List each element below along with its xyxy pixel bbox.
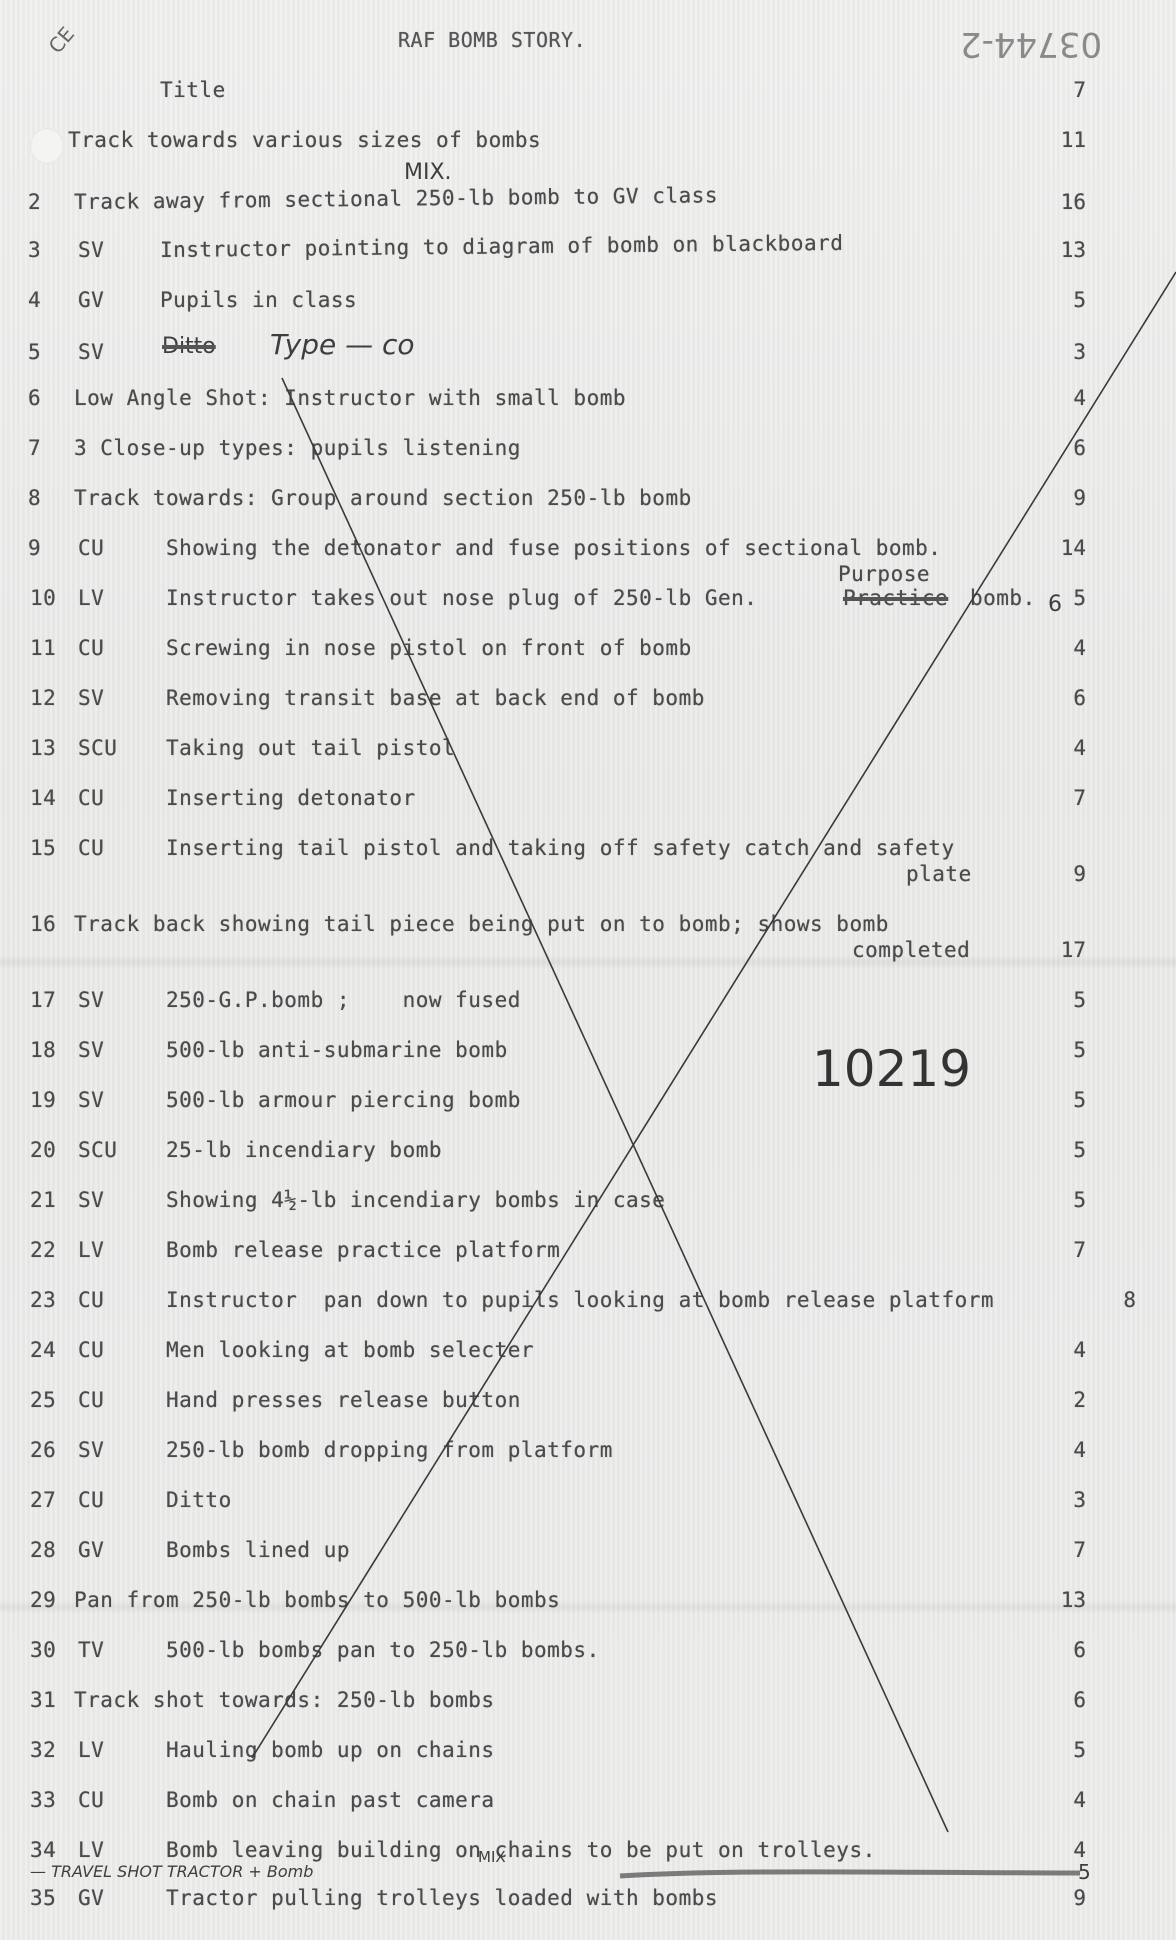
cross-out-mark bbox=[0, 0, 1176, 1940]
